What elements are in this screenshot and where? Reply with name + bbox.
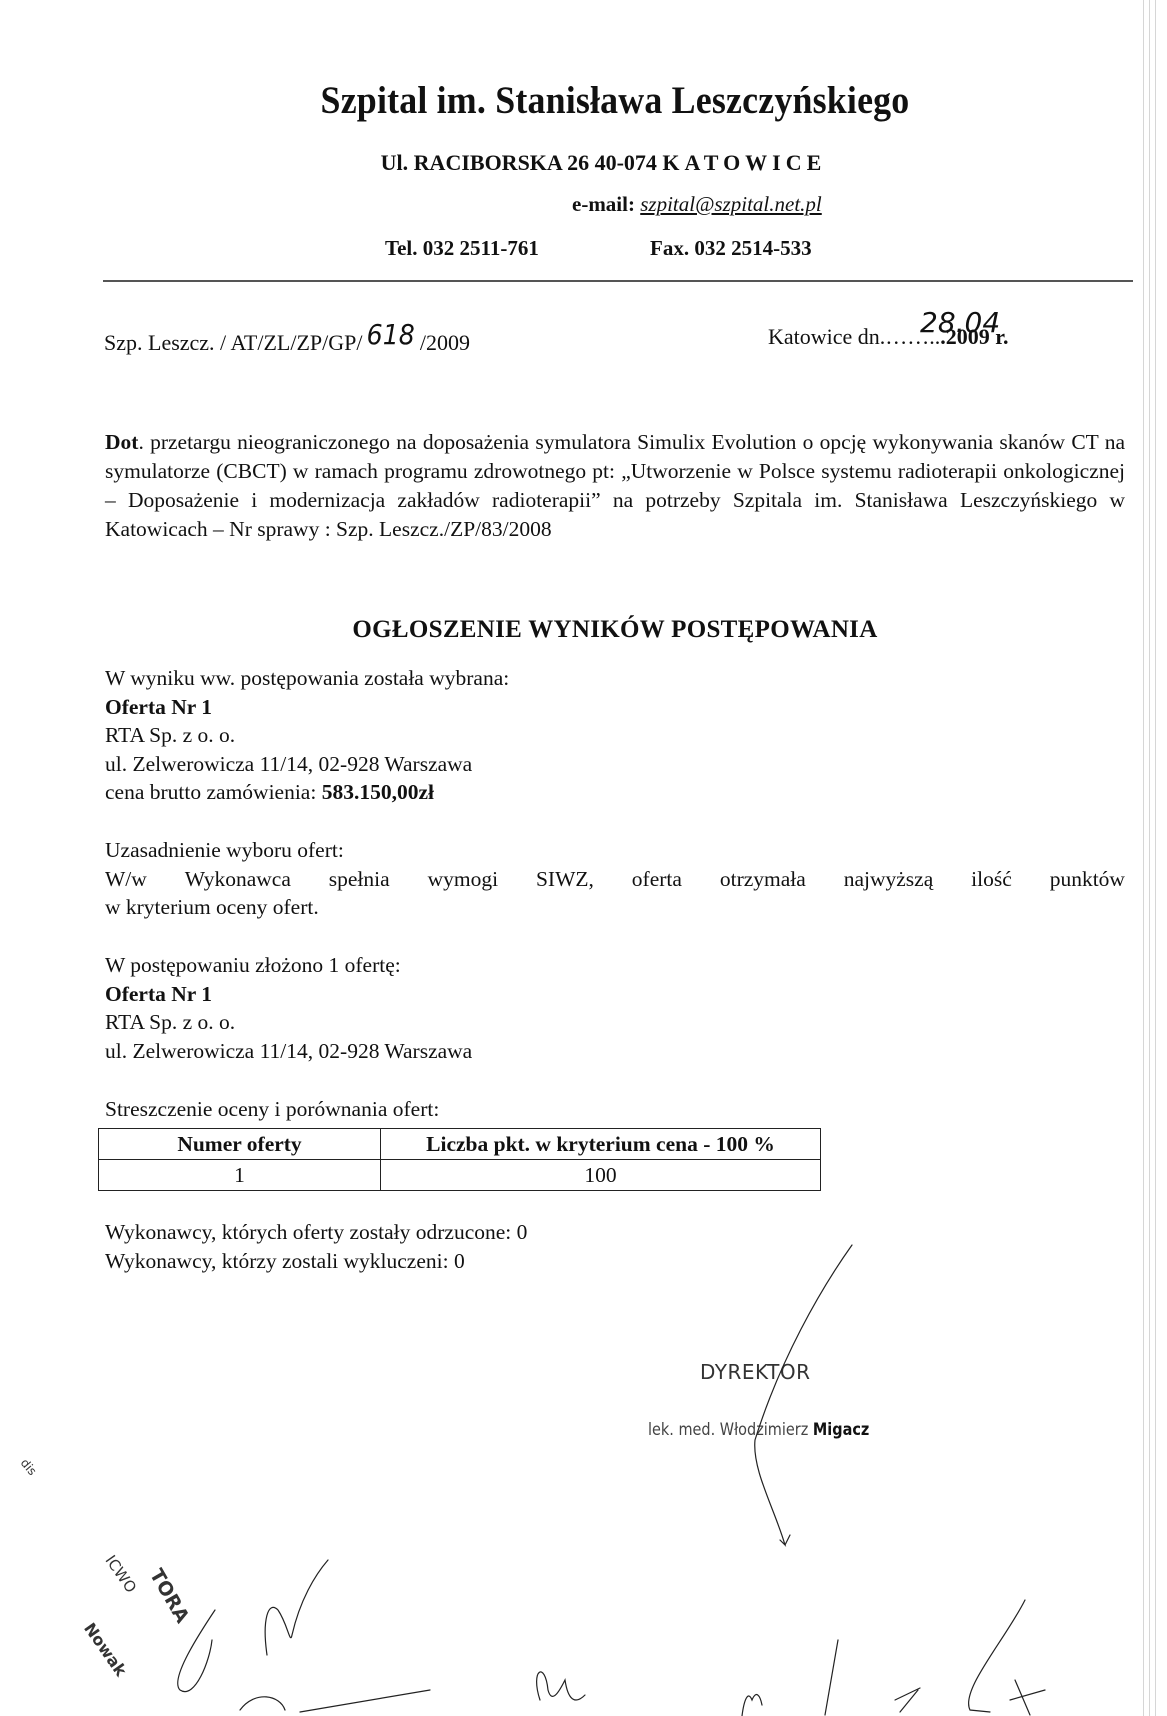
initials-stroke-1 (265, 1560, 328, 1655)
handwriting-ceh (537, 1672, 585, 1700)
initials-stroke-3 (240, 1690, 430, 1712)
director-signature-stroke (755, 1245, 852, 1545)
handwriting-cross (1010, 1680, 1045, 1715)
handwriting-slash-2 (895, 1688, 920, 1712)
handwriting-slash-1 (825, 1640, 838, 1715)
handwriting-no (742, 1695, 762, 1716)
handwritten-signatures (0, 0, 1167, 1716)
initials-stroke-2 (178, 1610, 215, 1692)
handwriting-slash-3 (969, 1600, 1025, 1712)
